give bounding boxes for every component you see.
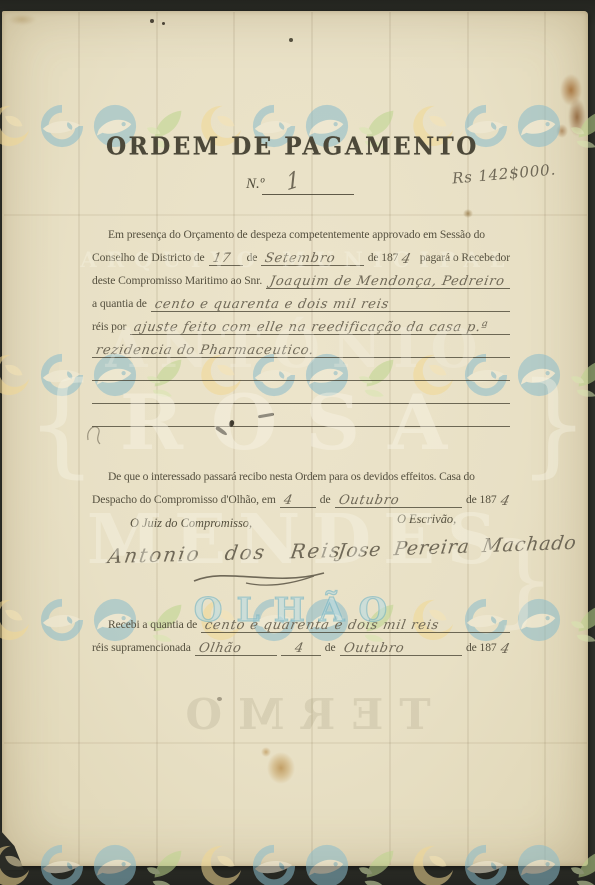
receipt-month-handwriting: Outubro	[338, 641, 405, 656]
purpose-fill: ajuste feito com elle na reedificação da…	[130, 319, 510, 335]
body-line-4-text: a quantia de	[92, 297, 147, 312]
closing-year-printed: de 187	[466, 493, 497, 508]
closing-month-handwriting: Outubro	[333, 493, 400, 508]
receipt-month-fill: Outubro	[340, 640, 462, 656]
signature-flourish	[190, 565, 330, 589]
document-title: ORDEM DE PAGAMENTO	[0, 132, 585, 160]
year-digit-handwriting: 4	[400, 251, 413, 267]
receipt-year-digit: 4	[498, 641, 511, 657]
receipt-day-fill: 4	[281, 640, 321, 656]
closing-line-1: De que o interessado passará recibo nest…	[108, 470, 475, 485]
closing-paragraph: De que o interessado passará recibo nest…	[92, 462, 510, 508]
amount-words-fill: cento e quarenta e dois mil reis	[151, 296, 510, 312]
ink-mark	[215, 426, 228, 437]
body-line-2-text: Conselho de Districto de	[92, 251, 205, 266]
document-number-value: 1	[285, 166, 301, 196]
body-line-5-text: réis por	[92, 320, 126, 335]
number-rule	[262, 194, 354, 195]
role-left-label: O Juiz do Compromisso,	[130, 516, 252, 531]
blank-rule	[92, 426, 510, 427]
pencil-squiggle	[84, 420, 108, 446]
receipt-paragraph: Recebi a quantia de cento e quarenta e d…	[92, 610, 510, 656]
purpose-handwriting: ajuste feito com elle na reedificação da…	[129, 320, 490, 335]
month-fill: Setembro	[261, 250, 363, 266]
day-fill: 17	[209, 250, 243, 266]
closing-day-fill: 4	[280, 492, 316, 508]
receipt-line-1-text: Recebi a quantia de	[108, 618, 197, 633]
purpose-fill-2: rezidencia do Pharmaceutico.	[92, 342, 510, 358]
month-handwriting: Setembro	[260, 251, 337, 266]
closing-day-handwriting: 4	[278, 493, 294, 508]
body-line-3-text: deste Compromisso Maritimo ao Snr.	[92, 274, 262, 289]
signature-escrivao: Jose Pereira Machado	[337, 532, 579, 562]
document-number: N.º 1	[246, 173, 376, 197]
receipt-day-handwriting: 4	[279, 641, 305, 656]
body-line-1: Em presença do Orçamento de despeza comp…	[108, 228, 485, 243]
day-handwriting: 17	[207, 251, 232, 266]
amount-words-handwriting: cento e quarenta e dois mil reis	[149, 297, 390, 312]
closing-year-digit: 4	[498, 493, 511, 509]
amount-value: Rs 142$000.	[451, 160, 556, 187]
receipt-place-fill: Olhão	[195, 640, 277, 656]
closing-de: de	[320, 493, 331, 508]
document-number-label: N.º	[246, 176, 264, 193]
body-line-2-end: pagará o Recebedor	[420, 251, 510, 266]
blank-rule	[92, 380, 510, 381]
receipt-place-handwriting: Olhão	[193, 641, 242, 656]
receipt-year-printed: de 187	[466, 641, 497, 656]
closing-line-2-text: Despacho do Compromisso d'Olhão, em	[92, 493, 276, 508]
closing-month-fill: Outubro	[335, 492, 462, 508]
year-printed: de 187	[368, 251, 399, 266]
purpose-handwriting-2: rezidencia do Pharmaceutico.	[91, 343, 316, 358]
document-content: ORDEM DE PAGAMENTO N.º 1 Rs 142$000. Em …	[0, 0, 595, 885]
payee-fill: Joaquim de Mendonça, Pedreiro	[266, 273, 510, 289]
receipt-amount-fill: cento e quarenta e dois mil reis	[201, 617, 510, 633]
receipt-line-2-text: réis supramencionada	[92, 641, 191, 656]
receipt-de: de	[325, 641, 336, 656]
payee-handwriting: Joaquim de Mendonça, Pedreiro	[265, 274, 507, 289]
body-line-2-de: de	[247, 251, 258, 266]
role-right-label: O Escrivão,	[397, 512, 456, 527]
body-paragraph: Em presença do Orçamento de despeza comp…	[92, 220, 510, 427]
receipt-amount-handwriting: cento e quarenta e dois mil reis	[200, 618, 441, 633]
scanned-document-page: TERMO ORDEM DE PAGAMENTO N.º 1 Rs 142$00…	[0, 0, 595, 885]
blank-rule	[92, 403, 510, 404]
signature-juiz: Antonio dos Reis	[106, 538, 344, 568]
